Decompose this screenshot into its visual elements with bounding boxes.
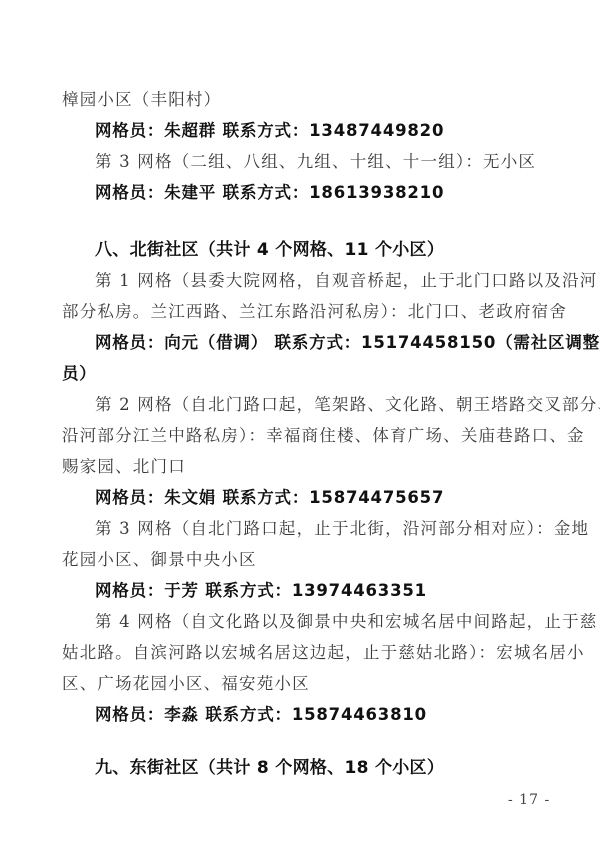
grid-officer-line: 网格员：向元（借调） 联系方式：15174458150（需社区调整人 <box>95 333 575 353</box>
section-heading-dongjie: 九、东街社区（共计 8 个网格、18 个小区） <box>95 758 575 778</box>
grid-description-line: 沿河部分江兰中路私房）：幸福商住楼、体育广场、关庙巷路口、金 <box>62 426 542 446</box>
grid-officer-line: 网格员：于芳 联系方式：13974463351 <box>95 581 575 601</box>
grid-officer-line: 员） <box>62 364 542 384</box>
grid-officer-line: 网格员：李淼 联系方式：15874463810 <box>95 705 575 725</box>
grid-description-line: 第 1 网格（县委大院网格，自观音桥起，止于北门口路以及沿河 <box>95 271 575 291</box>
grid-description-line: 赐家园、北门口 <box>62 457 542 477</box>
grid-officer-line: 网格员：朱建平 联系方式：18613938210 <box>95 183 575 203</box>
section-heading-beijie: 八、北街社区（共计 4 个网格、11 个小区） <box>95 240 575 260</box>
text-line-continuation: 樟园小区（丰阳村） <box>62 90 542 110</box>
grid-description-line: 部分私房。兰江西路、兰江东路沿河私房）：北门口、老政府宿舍 <box>62 302 542 322</box>
grid-description-line: 第 2 网格（自北门路口起，笔架路、文化路、朝王塔路交叉部分、 <box>95 395 575 415</box>
page-number: - 17 - <box>508 792 550 808</box>
grid-description-line: 第 3 网格（二组、八组、九组、十组、十一组）：无小区 <box>95 152 575 172</box>
grid-description-line: 花园小区、御景中央小区 <box>62 550 542 570</box>
grid-description-line: 区、广场花园小区、福安苑小区 <box>62 674 542 694</box>
grid-officer-line: 网格员：朱文娟 联系方式：15874475657 <box>95 488 575 508</box>
grid-description-line: 姑北路。自滨河路以宏城名居这边起，止于慈姑北路）：宏城名居小 <box>62 643 542 663</box>
grid-description-line: 第 4 网格（自文化路以及御景中央和宏城名居中间路起，止于慈 <box>95 612 575 632</box>
grid-officer-line: 网格员：朱超群 联系方式：13487449820 <box>95 121 575 141</box>
grid-description-line: 第 3 网格（自北门路口起，止于北街，沿河部分相对应）：金地 <box>95 519 575 539</box>
